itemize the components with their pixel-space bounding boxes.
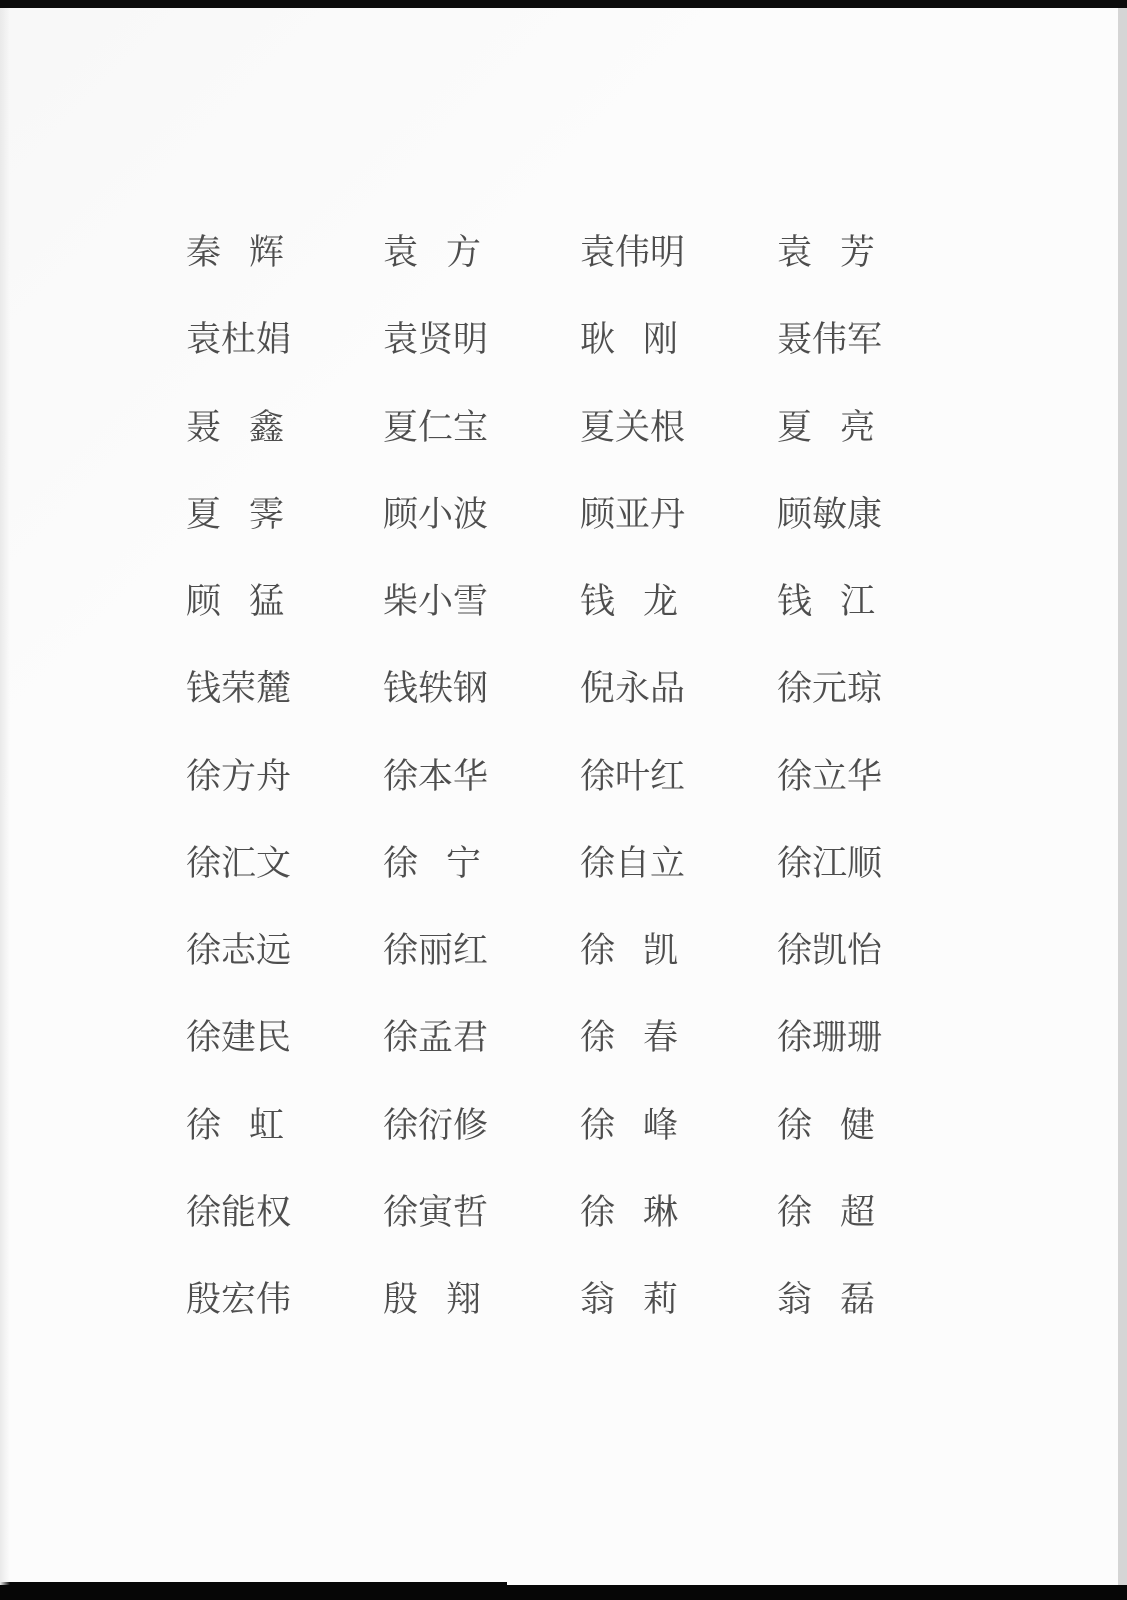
name-table: 秦辉袁方袁伟明袁芳袁杜娟袁贤明耿刚聂伟军聂鑫夏仁宝夏关根夏亮夏霁顾小波顾亚丹顾敏… — [0, 209, 1127, 1343]
name-row: 聂鑫夏仁宝夏关根夏亮 — [0, 384, 1127, 471]
name-cell: 徐本华 — [383, 759, 481, 794]
name-cell: 徐宁 — [383, 846, 481, 881]
name-cell: 翁磊 — [777, 1282, 875, 1317]
name-row: 徐虹徐衍修徐峰徐健 — [0, 1082, 1127, 1169]
name-cell: 柴小雪 — [383, 584, 481, 619]
name-cell: 徐丽红 — [383, 933, 481, 968]
scan-edge-bottom — [0, 1585, 1127, 1600]
name-cell: 徐自立 — [580, 846, 678, 881]
name-cell: 袁杜娟 — [186, 322, 284, 357]
scan-edge-left — [0, 8, 10, 1585]
name-row: 夏霁顾小波顾亚丹顾敏康 — [0, 471, 1127, 558]
name-cell: 钱轶钢 — [383, 671, 481, 706]
name-cell: 徐寅哲 — [383, 1195, 481, 1230]
scan-edge-right — [1118, 8, 1127, 1585]
name-row: 袁杜娟袁贤明耿刚聂伟军 — [0, 296, 1127, 383]
name-row: 秦辉袁方袁伟明袁芳 — [0, 209, 1127, 296]
name-row: 徐建民徐孟君徐春徐珊珊 — [0, 994, 1127, 1081]
name-cell: 聂伟军 — [777, 322, 875, 357]
name-cell: 徐珊珊 — [777, 1020, 875, 1055]
name-cell: 徐衍修 — [383, 1108, 481, 1143]
name-cell: 徐健 — [777, 1108, 875, 1143]
name-row: 徐方舟徐本华徐叶红徐立华 — [0, 733, 1127, 820]
name-cell: 徐汇文 — [186, 846, 284, 881]
name-cell: 顾小波 — [383, 497, 481, 532]
name-cell: 徐能权 — [186, 1195, 284, 1230]
name-cell: 徐建民 — [186, 1020, 284, 1055]
name-cell: 聂鑫 — [186, 410, 284, 445]
name-cell: 钱荣麓 — [186, 671, 284, 706]
name-cell: 徐虹 — [186, 1108, 284, 1143]
name-cell: 徐峰 — [580, 1108, 678, 1143]
name-row: 徐志远徐丽红徐凯徐凯怡 — [0, 907, 1127, 994]
name-cell: 徐春 — [580, 1020, 678, 1055]
name-row: 徐能权徐寅哲徐琳徐超 — [0, 1169, 1127, 1256]
name-cell: 夏霁 — [186, 497, 284, 532]
name-cell: 殷宏伟 — [186, 1282, 284, 1317]
name-row: 徐汇文徐宁徐自立徐江顺 — [0, 820, 1127, 907]
name-cell: 夏亮 — [777, 410, 875, 445]
name-cell: 钱龙 — [580, 584, 678, 619]
name-cell: 殷翔 — [383, 1282, 481, 1317]
name-cell: 夏仁宝 — [383, 410, 481, 445]
name-cell: 袁贤明 — [383, 322, 481, 357]
name-cell: 徐叶红 — [580, 759, 678, 794]
name-cell: 徐琳 — [580, 1195, 678, 1230]
name-cell: 徐凯 — [580, 933, 678, 968]
name-row: 顾猛柴小雪钱龙钱江 — [0, 558, 1127, 645]
name-cell: 倪永品 — [580, 671, 678, 706]
scan-edge-top — [0, 0, 1127, 8]
name-cell: 袁芳 — [777, 235, 875, 270]
name-row: 钱荣麓钱轶钢倪永品徐元琼 — [0, 645, 1127, 732]
name-cell: 翁莉 — [580, 1282, 678, 1317]
name-cell: 顾亚丹 — [580, 497, 678, 532]
name-cell: 徐立华 — [777, 759, 875, 794]
name-cell: 徐超 — [777, 1195, 875, 1230]
name-cell: 钱江 — [777, 584, 875, 619]
name-cell: 徐志远 — [186, 933, 284, 968]
name-cell: 夏关根 — [580, 410, 678, 445]
name-cell: 徐元琼 — [777, 671, 875, 706]
name-cell: 袁方 — [383, 235, 481, 270]
name-cell: 袁伟明 — [580, 235, 678, 270]
name-cell: 顾猛 — [186, 584, 284, 619]
name-cell: 徐孟君 — [383, 1020, 481, 1055]
name-cell: 徐方舟 — [186, 759, 284, 794]
scanned-page: 秦辉袁方袁伟明袁芳袁杜娟袁贤明耿刚聂伟军聂鑫夏仁宝夏关根夏亮夏霁顾小波顾亚丹顾敏… — [0, 0, 1127, 1600]
name-cell: 徐凯怡 — [777, 933, 875, 968]
name-cell: 耿刚 — [580, 322, 678, 357]
name-cell: 顾敏康 — [777, 497, 875, 532]
name-cell: 秦辉 — [186, 235, 284, 270]
name-cell: 徐江顺 — [777, 846, 875, 881]
name-row: 殷宏伟殷翔翁莉翁磊 — [0, 1256, 1127, 1343]
